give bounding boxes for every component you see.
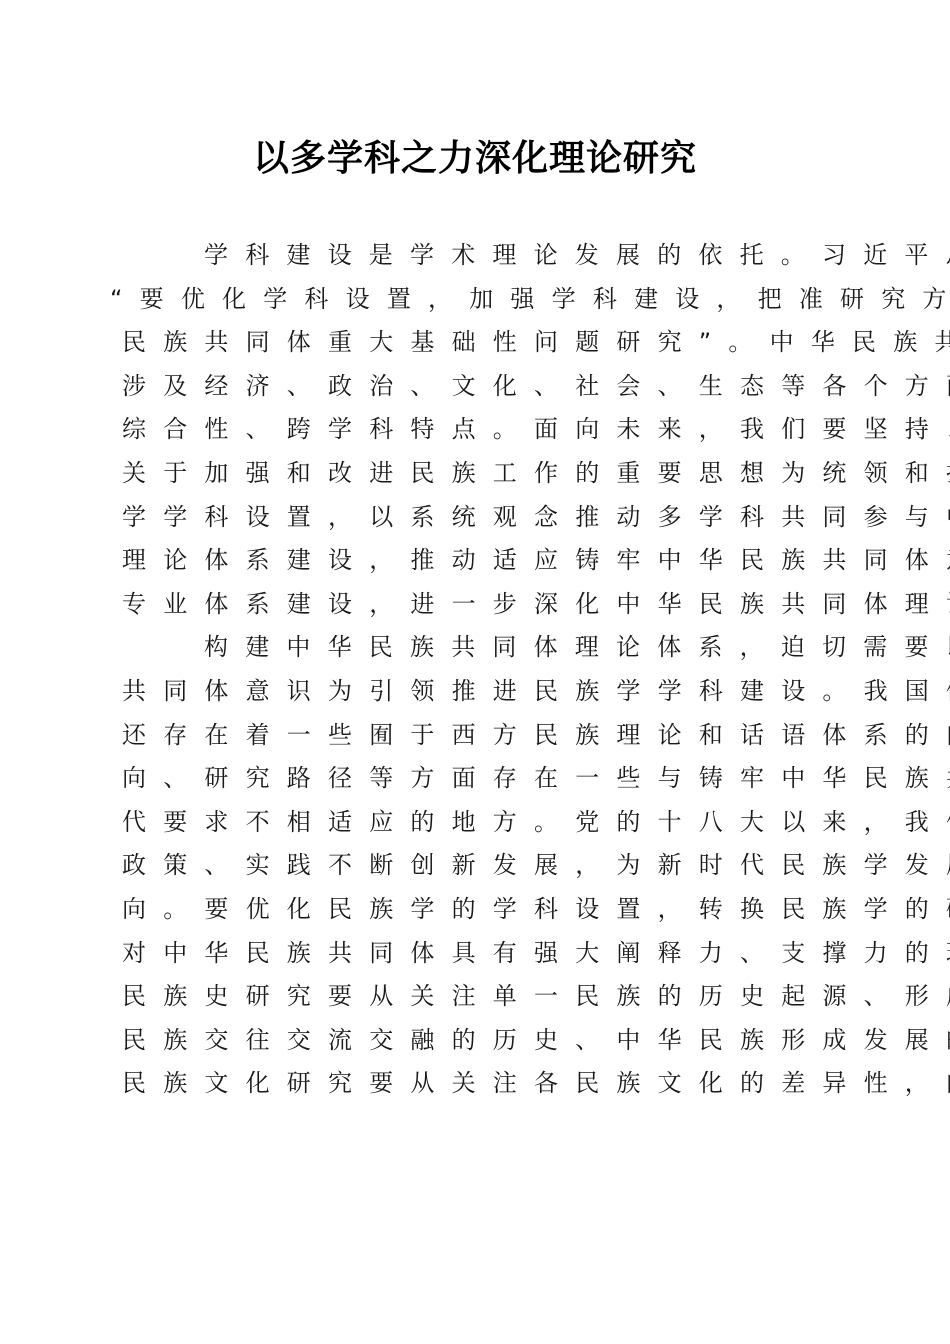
document-title: 以多学科之力深化理论研究: [0, 134, 950, 182]
text-line: 关于加强和改进民族工作的重要思想为统领和指导，优化民族: [122, 452, 842, 496]
text-line: 学科建设是学术理论发展的依托。习近平总书记强调：: [122, 234, 842, 278]
text-line: 专业体系建设，进一步深化中华民族共同体理论研究。: [122, 583, 842, 627]
text-line: 民族文化研究要从关注各民族文化的差异性，向加强对中华文: [122, 1062, 842, 1106]
document-page: 以多学科之力深化理论研究 学科建设是学术理论发展的依托。习近平总书记强调： “要…: [0, 0, 950, 1344]
paragraph-2: 构建中华民族共同体理论体系，迫切需要以铸牢中华民族 共同体意识为引领推进民族学学…: [122, 626, 842, 1106]
text-line: 综合性、跨学科特点。面向未来，我们要坚持以习近平总书记: [122, 408, 842, 452]
text-line: 理论体系建设，推动适应铸牢中华民族共同体意识需要的学科: [122, 539, 842, 583]
text-line: 民族史研究要从关注单一民族的历史起源、形成与发展，向各: [122, 975, 842, 1019]
document-body: 学科建设是学术理论发展的依托。习近平总书记强调： “要优化学科设置，加强学科建设…: [122, 234, 842, 1106]
text-line: 共同体意识为引领推进民族学学科建设。我国传统民族学研究: [122, 670, 842, 714]
text-line: 向。要优化民族学的学科设置，转换民族学的研究范式，构建: [122, 888, 842, 932]
text-line: 民族共同体重大基础性问题研究”。中华民族共同体理论研究: [122, 321, 842, 365]
text-line: 代要求不相适应的地方。党的十八大以来，我们党的民族理论、: [122, 801, 842, 845]
text-line: 还存在着一些囿于西方民族理论和话语体系的问题，在学科导: [122, 714, 842, 758]
paragraph-1: 学科建设是学术理论发展的依托。习近平总书记强调： “要优化学科设置，加强学科建设…: [122, 234, 842, 626]
text-line: 涉及经济、政治、文化、社会、生态等各个方面，具有较强的: [122, 365, 842, 409]
text-line: 向、研究路径等方面存在一些与铸牢中华民族共同体意识的时: [122, 757, 842, 801]
text-line: 构建中华民族共同体理论体系，迫切需要以铸牢中华民族: [122, 626, 842, 670]
text-line: 民族交往交流交融的历史、中华民族形成发展的历史等聚焦；: [122, 1019, 842, 1063]
text-line: “要优化学科设置，加强学科建设，把准研究方向，深化中华: [110, 278, 842, 322]
text-line: 政策、实践不断创新发展，为新时代民族学发展指明了前进方: [122, 844, 842, 888]
text-line: 对中华民族共同体具有强大阐释力、支撑力的理论体系。比如，: [122, 932, 842, 976]
text-line: 学学科设置，以系统观念推动多学科共同参与中华民族共同体: [122, 496, 842, 540]
